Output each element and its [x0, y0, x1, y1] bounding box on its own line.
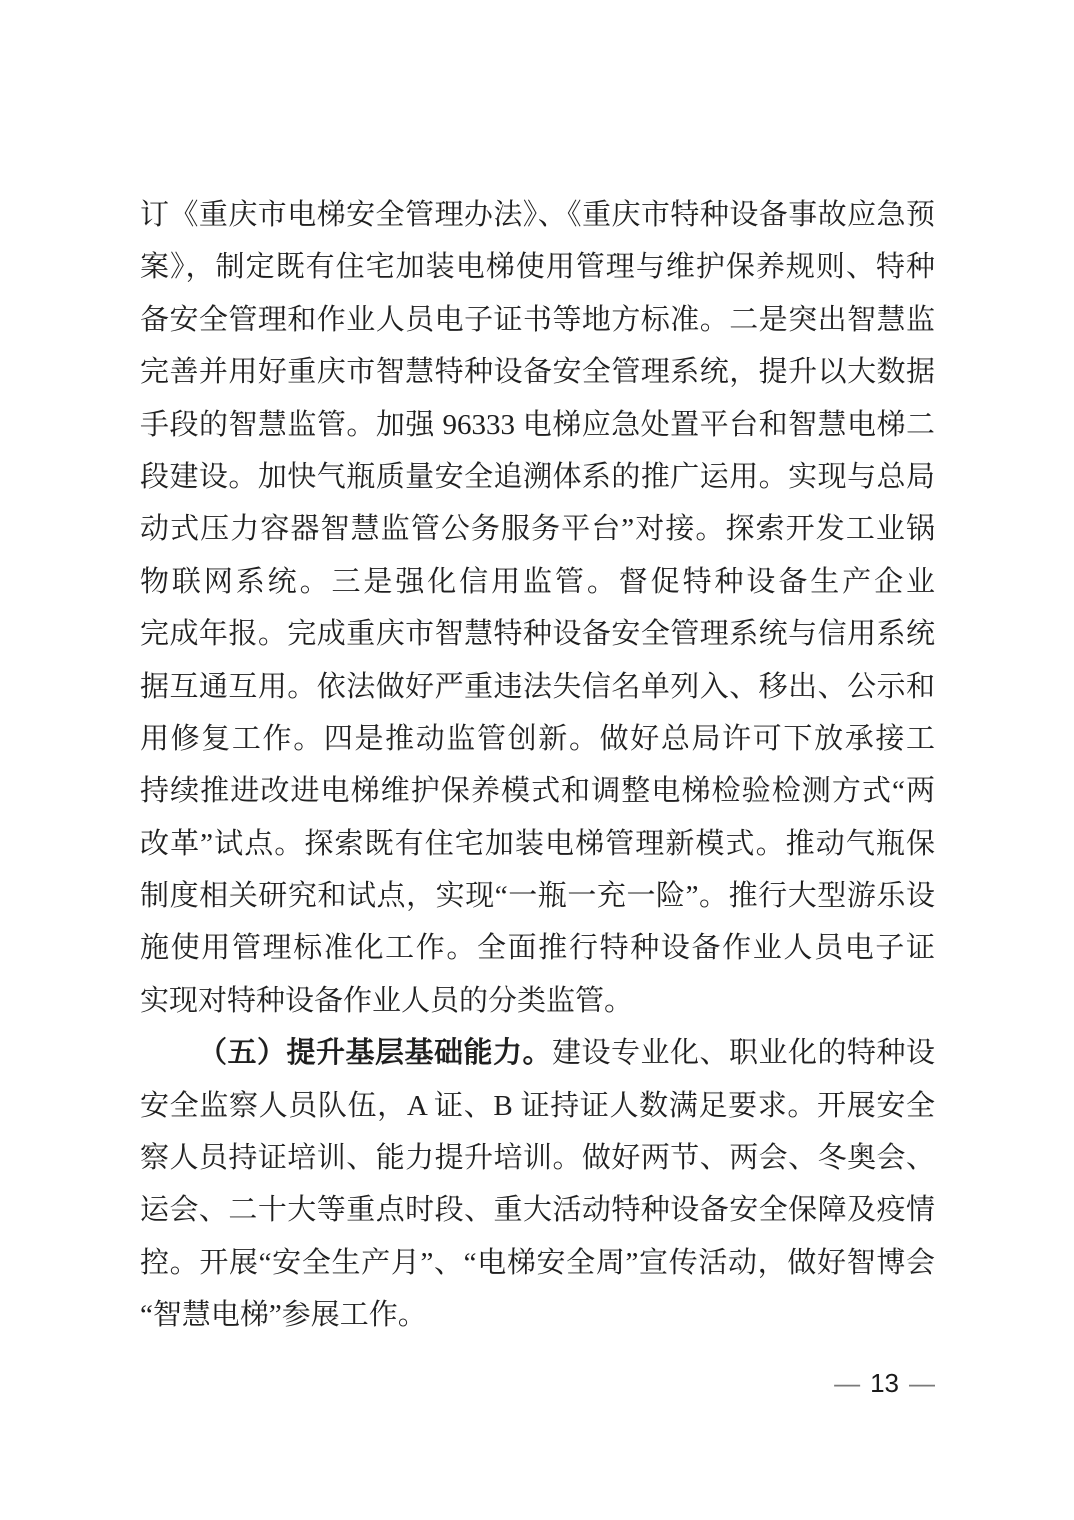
- text-line: 用修复工作。四是推动监管创新。做好总局许可下放承接工作。: [140, 713, 935, 765]
- text-line: 案》，制定既有住宅加装电梯使用管理与维护保养规则、特种设: [140, 241, 935, 293]
- text-line: 段建设。加快气瓶质量安全追溯体系的推广运用。实现与总局“移: [140, 451, 935, 503]
- text-line: 安全监察人员队伍，A 证、B 证持证人数满足要求。开展安全监: [140, 1080, 935, 1132]
- text-line: 据互通互用。依法做好严重违法失信名单列入、移出、公示和信: [140, 661, 935, 713]
- text-line: 施使用管理标准化工作。全面推行特种设备作业人员电子证书，: [140, 922, 935, 974]
- text-line: 持续推进改进电梯维护保养模式和调整电梯检验检测方式“两项: [140, 765, 935, 817]
- text-line: 实现对特种设备作业人员的分类监管。: [140, 975, 935, 1027]
- page-number-left-dash: —: [834, 1368, 860, 1398]
- text-line: 控。开展“安全生产月”、“电梯安全周”宣传活动，做好智博会: [140, 1237, 935, 1289]
- text-line: “智慧电梯”参展工作。: [140, 1289, 935, 1341]
- text-line: 制度相关研究和试点，实现“一瓶一充一险”。推行大型游乐设: [140, 870, 935, 922]
- page-number-value: 13: [870, 1368, 899, 1398]
- section-heading: （五）提升基层基础能力。: [198, 1037, 552, 1069]
- text-line: 改革”试点。探索既有住宅加装电梯管理新模式。推动气瓶保险: [140, 818, 935, 870]
- text-line: 订《重庆市电梯安全管理办法》、《重庆市特种设备事故应急预: [140, 189, 935, 241]
- document-page: 订《重庆市电梯安全管理办法》、《重庆市特种设备事故应急预案》，制定既有住宅加装电…: [0, 0, 1074, 1520]
- page-number: —13—: [834, 1366, 935, 1400]
- text-line: 备安全管理和作业人员电子证书等地方标准。二是突出智慧监管。: [140, 294, 935, 346]
- text-line: 完善并用好重庆市智慧特种设备安全管理系统，提升以大数据为: [140, 346, 935, 398]
- text-block: 订《重庆市电梯安全管理办法》、《重庆市特种设备事故应急预案》，制定既有住宅加装电…: [140, 189, 935, 1342]
- text-line: 察人员持证培训、能力提升培训。做好两节、两会、冬奥会、亚: [140, 1132, 935, 1184]
- text-line: 动式压力容器智慧监管公务服务平台”对接。探索开发工业锅炉: [140, 503, 935, 555]
- text-line: 物联网系统。三是强化信用监管。督促特种设备生产企业 100%: [140, 556, 935, 608]
- text-line: 运会、二十大等重点时段、重大活动特种设备安全保障及疫情防: [140, 1184, 935, 1236]
- paragraph-line-with-heading: （五）提升基层基础能力。建设专业化、职业化的特种设备: [140, 1027, 935, 1079]
- text-line: 手段的智慧监管。加强 96333 电梯应急处置平台和智慧电梯二阶: [140, 399, 935, 451]
- text-line: 完成年报。完成重庆市智慧特种设备安全管理系统与信用系统数: [140, 608, 935, 660]
- page-number-right-dash: —: [909, 1368, 935, 1398]
